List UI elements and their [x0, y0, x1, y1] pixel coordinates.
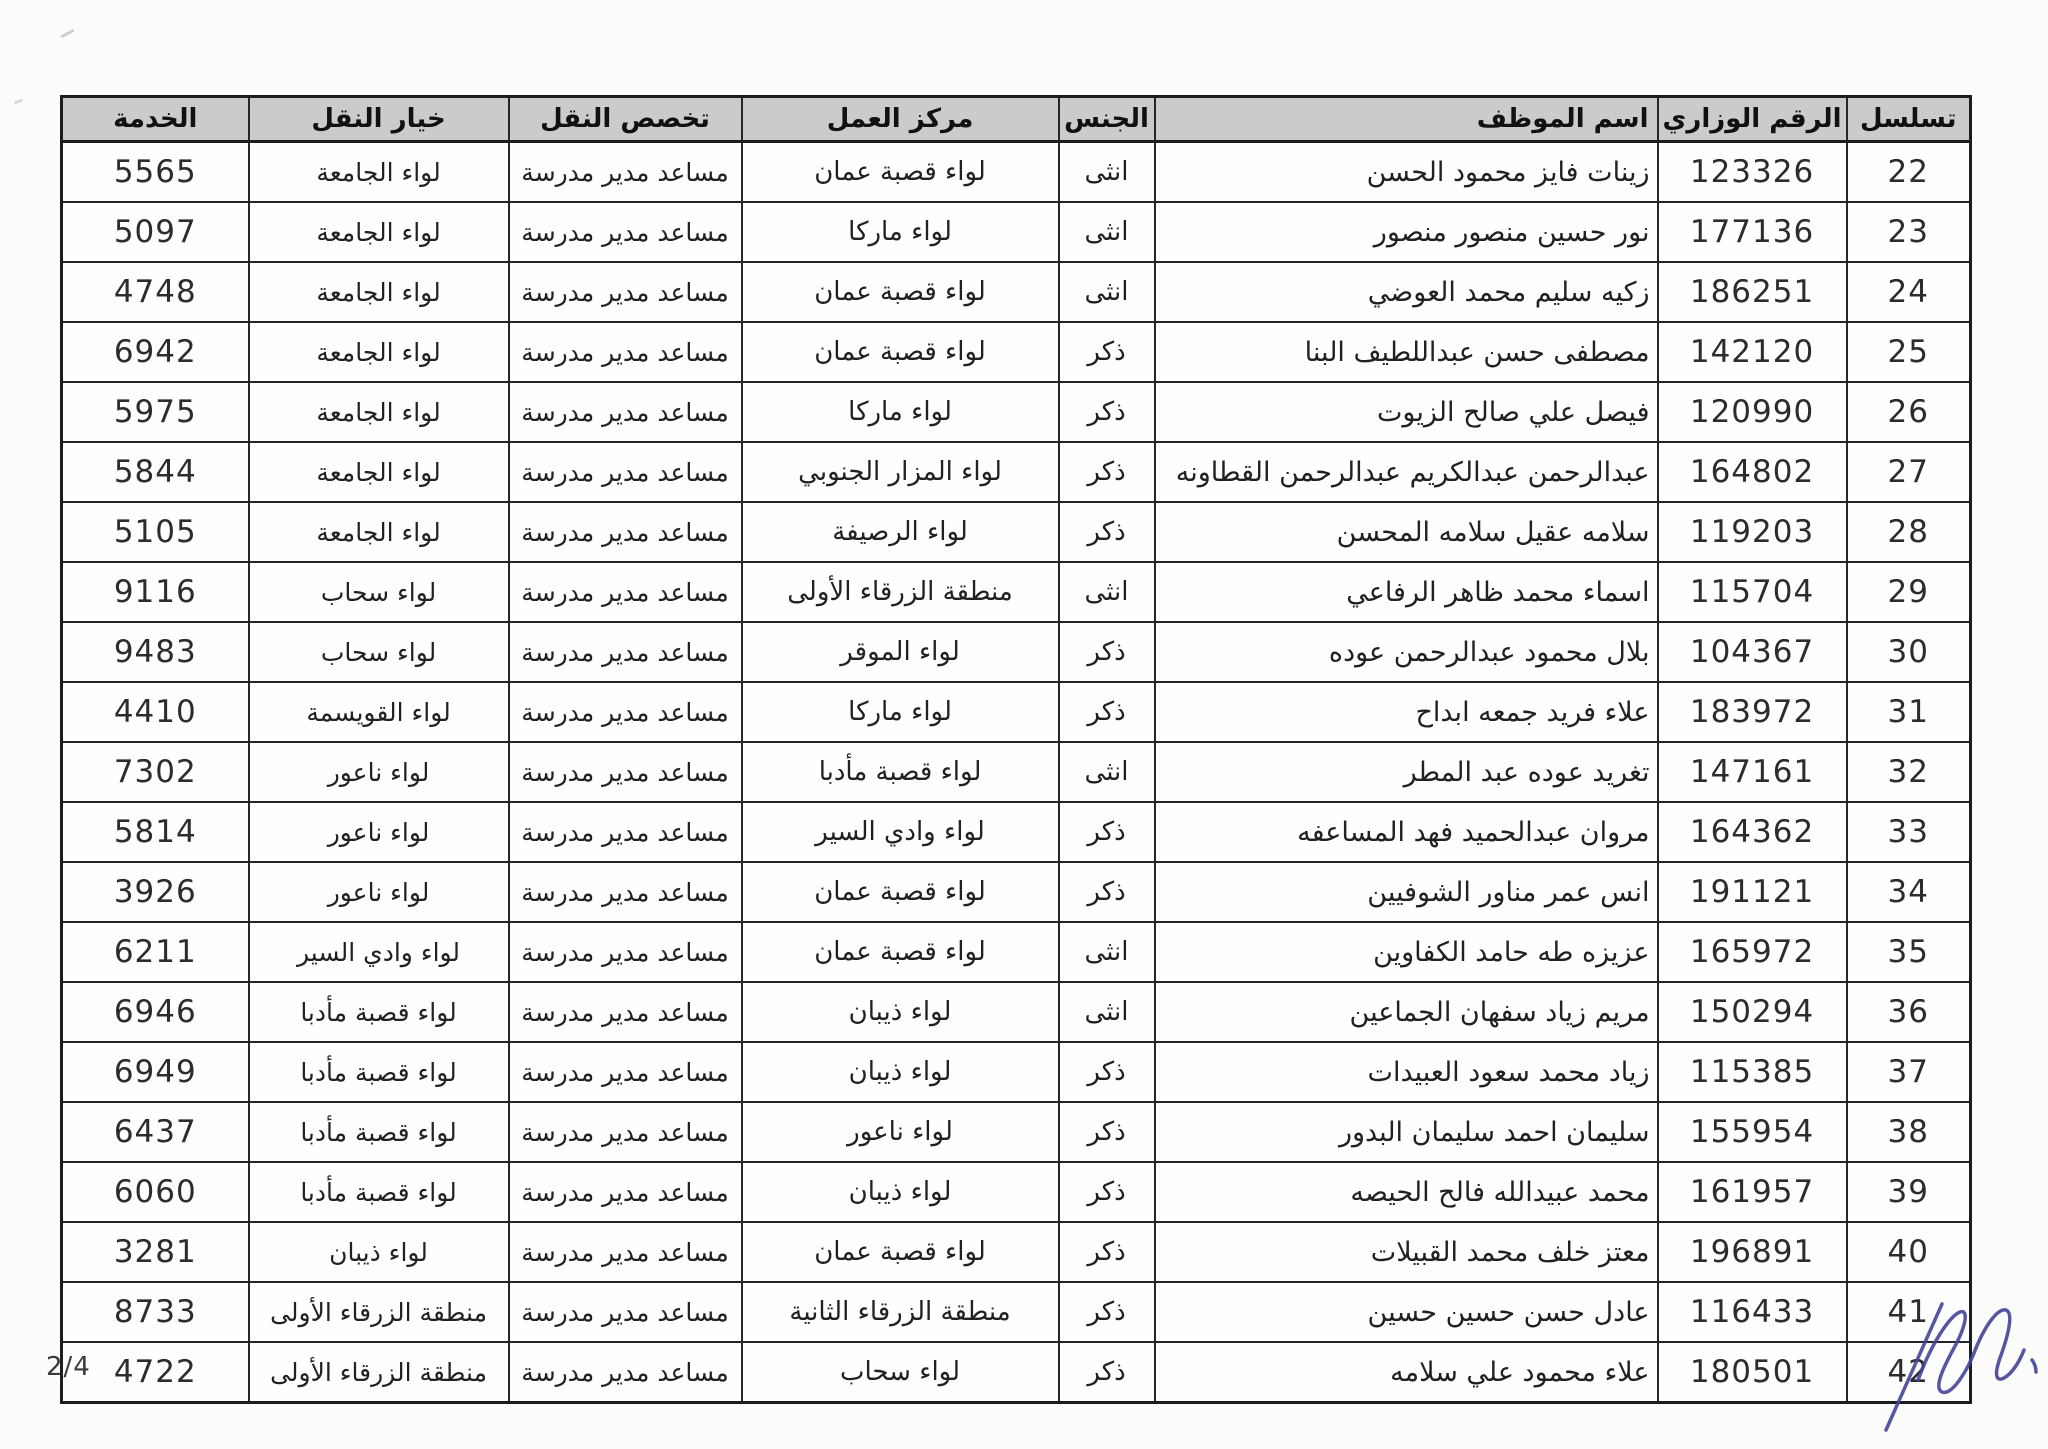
cell-employee-name: سلامه عقيل سلامه المحسن: [1155, 502, 1658, 562]
cell-gender: ذكر: [1059, 1042, 1155, 1102]
cell-work-center: لواء ذيبان: [742, 982, 1059, 1042]
header-serial: تسلسل: [1847, 97, 1971, 142]
cell-work-center: لواء ماركا: [742, 382, 1059, 442]
header-ministry-number: الرقم الوزاري: [1658, 97, 1847, 142]
cell-ministry-number: 120990: [1658, 382, 1847, 442]
cell-work-center: لواء ذيبان: [742, 1042, 1059, 1102]
cell-ministry-number: 155954: [1658, 1102, 1847, 1162]
cell-gender: انثى: [1059, 142, 1155, 203]
cell-serial: 27: [1847, 442, 1971, 502]
table-row: 38 155954 سليمان احمد سليمان البدور ذكر …: [62, 1102, 1971, 1162]
cell-ministry-number: 115704: [1658, 562, 1847, 622]
cell-transfer-specialization: مساعد مدير مدرسة: [509, 862, 742, 922]
cell-transfer-option: لواء قصبة مأدبا: [249, 1162, 509, 1222]
cell-transfer-specialization: مساعد مدير مدرسة: [509, 202, 742, 262]
table-row: 25 142120 مصطفى حسن عبداللطيف البنا ذكر …: [62, 322, 1971, 382]
cell-ministry-number: 164362: [1658, 802, 1847, 862]
cell-serial: 23: [1847, 202, 1971, 262]
cell-transfer-option: لواء قصبة مأدبا: [249, 982, 509, 1042]
cell-transfer-option: لواء ناعور: [249, 862, 509, 922]
table-row: 39 161957 محمد عبيدالله فالح الحيصه ذكر …: [62, 1162, 1971, 1222]
cell-serial: 22: [1847, 142, 1971, 203]
cell-work-center: لواء قصبة عمان: [742, 1222, 1059, 1282]
cell-service: 6211: [62, 922, 249, 982]
table-row: 41 116433 عادل حسن حسين حسين ذكر منطقة ا…: [62, 1282, 1971, 1342]
table-row: 31 183972 علاء فريد جمعه ابداح ذكر لواء …: [62, 682, 1971, 742]
cell-serial: 30: [1847, 622, 1971, 682]
cell-serial: 29: [1847, 562, 1971, 622]
cell-work-center: لواء الرصيفة: [742, 502, 1059, 562]
cell-transfer-option: لواء سحاب: [249, 562, 509, 622]
cell-ministry-number: 177136: [1658, 202, 1847, 262]
cell-gender: ذكر: [1059, 1222, 1155, 1282]
cell-gender: ذكر: [1059, 442, 1155, 502]
cell-transfer-specialization: مساعد مدير مدرسة: [509, 922, 742, 982]
cell-work-center: لواء سحاب: [742, 1342, 1059, 1403]
table-row: 24 186251 زكيه سليم محمد العوضي انثى لوا…: [62, 262, 1971, 322]
cell-transfer-option: لواء قصبة مأدبا: [249, 1042, 509, 1102]
cell-employee-name: عزيزه طه حامد الكفاوين: [1155, 922, 1658, 982]
cell-employee-name: عادل حسن حسين حسين: [1155, 1282, 1658, 1342]
cell-serial: 39: [1847, 1162, 1971, 1222]
cell-employee-name: نور حسين منصور منصور: [1155, 202, 1658, 262]
cell-work-center: لواء المزار الجنوبي: [742, 442, 1059, 502]
cell-gender: انثى: [1059, 742, 1155, 802]
cell-work-center: لواء الموقر: [742, 622, 1059, 682]
cell-service: 5975: [62, 382, 249, 442]
table-row: 27 164802 عبدالرحمن عبدالكريم عبدالرحمن …: [62, 442, 1971, 502]
cell-transfer-specialization: مساعد مدير مدرسة: [509, 1222, 742, 1282]
cell-service: 6060: [62, 1162, 249, 1222]
cell-ministry-number: 115385: [1658, 1042, 1847, 1102]
cell-service: 6942: [62, 322, 249, 382]
cell-serial: 28: [1847, 502, 1971, 562]
cell-work-center: لواء قصبة عمان: [742, 922, 1059, 982]
table-header: تسلسل الرقم الوزاري اسم الموظف الجنس مرك…: [62, 97, 1971, 142]
cell-transfer-specialization: مساعد مدير مدرسة: [509, 1042, 742, 1102]
cell-service: 9116: [62, 562, 249, 622]
cell-employee-name: عبدالرحمن عبدالكريم عبدالرحمن القطاونه: [1155, 442, 1658, 502]
cell-serial: 37: [1847, 1042, 1971, 1102]
table-row: 37 115385 زياد محمد سعود العبيدات ذكر لو…: [62, 1042, 1971, 1102]
cell-transfer-option: منطقة الزرقاء الأولى: [249, 1282, 509, 1342]
cell-transfer-specialization: مساعد مدير مدرسة: [509, 742, 742, 802]
cell-serial: 40: [1847, 1222, 1971, 1282]
cell-transfer-specialization: مساعد مدير مدرسة: [509, 442, 742, 502]
scan-artifact: [60, 29, 75, 39]
cell-service: 3926: [62, 862, 249, 922]
cell-gender: انثى: [1059, 262, 1155, 322]
cell-service: 5565: [62, 142, 249, 203]
cell-service: 5105: [62, 502, 249, 562]
cell-employee-name: مصطفى حسن عبداللطيف البنا: [1155, 322, 1658, 382]
cell-employee-name: علاء فريد جمعه ابداح: [1155, 682, 1658, 742]
cell-employee-name: بلال محمود عبدالرحمن عوده: [1155, 622, 1658, 682]
cell-employee-name: زكيه سليم محمد العوضي: [1155, 262, 1658, 322]
cell-work-center: لواء قصبة مأدبا: [742, 742, 1059, 802]
header-work-center: مركز العمل: [742, 97, 1059, 142]
cell-serial: 24: [1847, 262, 1971, 322]
cell-service: 5844: [62, 442, 249, 502]
cell-employee-name: مروان عبدالحميد فهد المساعفه: [1155, 802, 1658, 862]
cell-transfer-option: لواء الجامعة: [249, 202, 509, 262]
page-number: 2/4: [46, 1352, 91, 1382]
cell-transfer-option: لواء الجامعة: [249, 322, 509, 382]
cell-transfer-option: لواء ناعور: [249, 742, 509, 802]
cell-ministry-number: 150294: [1658, 982, 1847, 1042]
cell-service: 4748: [62, 262, 249, 322]
cell-ministry-number: 142120: [1658, 322, 1847, 382]
cell-serial: 35: [1847, 922, 1971, 982]
cell-ministry-number: 183972: [1658, 682, 1847, 742]
cell-work-center: لواء ذيبان: [742, 1162, 1059, 1222]
cell-ministry-number: 104367: [1658, 622, 1847, 682]
table-body: 22 123326 زينات فايز محمود الحسن انثى لو…: [62, 142, 1971, 1403]
cell-ministry-number: 164802: [1658, 442, 1847, 502]
cell-service: 3281: [62, 1222, 249, 1282]
cell-transfer-specialization: مساعد مدير مدرسة: [509, 682, 742, 742]
table-row: 26 120990 فيصل علي صالح الزيوت ذكر لواء …: [62, 382, 1971, 442]
table-row: 34 191121 انس عمر مناور الشوفيين ذكر لوا…: [62, 862, 1971, 922]
cell-service: 6437: [62, 1102, 249, 1162]
cell-gender: ذكر: [1059, 682, 1155, 742]
cell-service: 4410: [62, 682, 249, 742]
cell-gender: ذكر: [1059, 862, 1155, 922]
cell-service: 7302: [62, 742, 249, 802]
cell-work-center: لواء قصبة عمان: [742, 142, 1059, 203]
table-row: 40 196891 معتز خلف محمد القبيلات ذكر لوا…: [62, 1222, 1971, 1282]
cell-transfer-specialization: مساعد مدير مدرسة: [509, 382, 742, 442]
cell-employee-name: تغريد عوده عبد المطر: [1155, 742, 1658, 802]
table-row: 33 164362 مروان عبدالحميد فهد المساعفه ذ…: [62, 802, 1971, 862]
cell-gender: ذكر: [1059, 802, 1155, 862]
cell-service: 9483: [62, 622, 249, 682]
cell-ministry-number: 116433: [1658, 1282, 1847, 1342]
cell-work-center: منطقة الزرقاء الأولى: [742, 562, 1059, 622]
cell-gender: ذكر: [1059, 1162, 1155, 1222]
cell-work-center: لواء ماركا: [742, 682, 1059, 742]
cell-gender: ذكر: [1059, 502, 1155, 562]
cell-transfer-specialization: مساعد مدير مدرسة: [509, 982, 742, 1042]
cell-employee-name: زياد محمد سعود العبيدات: [1155, 1042, 1658, 1102]
header-transfer-specialization: تخصص النقل: [509, 97, 742, 142]
cell-ministry-number: 191121: [1658, 862, 1847, 922]
cell-gender: ذكر: [1059, 1342, 1155, 1403]
cell-transfer-option: لواء الجامعة: [249, 262, 509, 322]
cell-ministry-number: 161957: [1658, 1162, 1847, 1222]
cell-work-center: منطقة الزرقاء الثانية: [742, 1282, 1059, 1342]
cell-ministry-number: 147161: [1658, 742, 1847, 802]
cell-serial: 26: [1847, 382, 1971, 442]
cell-service: 5097: [62, 202, 249, 262]
cell-employee-name: انس عمر مناور الشوفيين: [1155, 862, 1658, 922]
cell-transfer-specialization: مساعد مدير مدرسة: [509, 622, 742, 682]
cell-employee-name: علاء محمود علي سلامه: [1155, 1342, 1658, 1403]
cell-transfer-option: منطقة الزرقاء الأولى: [249, 1342, 509, 1403]
cell-transfer-specialization: مساعد مدير مدرسة: [509, 802, 742, 862]
cell-transfer-option: لواء الجامعة: [249, 382, 509, 442]
table-row: 30 104367 بلال محمود عبدالرحمن عوده ذكر …: [62, 622, 1971, 682]
header-service: الخدمة: [62, 97, 249, 142]
cell-serial: 36: [1847, 982, 1971, 1042]
cell-work-center: لواء ناعور: [742, 1102, 1059, 1162]
cell-work-center: لواء قصبة عمان: [742, 862, 1059, 922]
cell-transfer-option: لواء ذيبان: [249, 1222, 509, 1282]
cell-employee-name: فيصل علي صالح الزيوت: [1155, 382, 1658, 442]
cell-transfer-specialization: مساعد مدير مدرسة: [509, 262, 742, 322]
cell-ministry-number: 180501: [1658, 1342, 1847, 1403]
cell-transfer-option: لواء وادي السير: [249, 922, 509, 982]
scan-artifact: [14, 99, 23, 105]
header-transfer-option: خيار النقل: [249, 97, 509, 142]
cell-transfer-option: لواء القويسمة: [249, 682, 509, 742]
cell-employee-name: مريم زياد سفهان الجماعين: [1155, 982, 1658, 1042]
table-row: 29 115704 اسماء محمد ظاهر الرفاعي انثى م…: [62, 562, 1971, 622]
cell-employee-name: سليمان احمد سليمان البدور: [1155, 1102, 1658, 1162]
cell-transfer-specialization: مساعد مدير مدرسة: [509, 1282, 742, 1342]
cell-transfer-option: لواء الجامعة: [249, 502, 509, 562]
cell-transfer-option: لواء ناعور: [249, 802, 509, 862]
cell-gender: انثى: [1059, 982, 1155, 1042]
cell-transfer-specialization: مساعد مدير مدرسة: [509, 322, 742, 382]
cell-gender: انثى: [1059, 922, 1155, 982]
table-row: 28 119203 سلامه عقيل سلامه المحسن ذكر لو…: [62, 502, 1971, 562]
table-row: 22 123326 زينات فايز محمود الحسن انثى لو…: [62, 142, 1971, 203]
cell-gender: ذكر: [1059, 622, 1155, 682]
cell-gender: انثى: [1059, 562, 1155, 622]
table-row: 42 180501 علاء محمود علي سلامه ذكر لواء …: [62, 1342, 1971, 1403]
cell-transfer-specialization: مساعد مدير مدرسة: [509, 1342, 742, 1403]
cell-employee-name: معتز خلف محمد القبيلات: [1155, 1222, 1658, 1282]
cell-ministry-number: 165972: [1658, 922, 1847, 982]
cell-service: 5814: [62, 802, 249, 862]
cell-employee-name: زينات فايز محمود الحسن: [1155, 142, 1658, 203]
cell-ministry-number: 123326: [1658, 142, 1847, 203]
cell-transfer-specialization: مساعد مدير مدرسة: [509, 142, 742, 203]
cell-service: 6946: [62, 982, 249, 1042]
table-row: 35 165972 عزيزه طه حامد الكفاوين انثى لو…: [62, 922, 1971, 982]
cell-service: 8733: [62, 1282, 249, 1342]
cell-gender: ذكر: [1059, 322, 1155, 382]
cell-serial: 38: [1847, 1102, 1971, 1162]
cell-work-center: لواء قصبة عمان: [742, 262, 1059, 322]
cell-transfer-specialization: مساعد مدير مدرسة: [509, 1102, 742, 1162]
cell-gender: انثى: [1059, 202, 1155, 262]
cell-gender: ذكر: [1059, 382, 1155, 442]
header-employee-name: اسم الموظف: [1155, 97, 1658, 142]
signature-ink: [1872, 1282, 2048, 1442]
cell-transfer-option: لواء سحاب: [249, 622, 509, 682]
employee-transfer-table: تسلسل الرقم الوزاري اسم الموظف الجنس مرك…: [60, 95, 1972, 1404]
cell-transfer-option: لواء قصبة مأدبا: [249, 1102, 509, 1162]
cell-serial: 34: [1847, 862, 1971, 922]
cell-serial: 31: [1847, 682, 1971, 742]
table-row: 23 177136 نور حسين منصور منصور انثى لواء…: [62, 202, 1971, 262]
cell-gender: ذكر: [1059, 1102, 1155, 1162]
table-row: 32 147161 تغريد عوده عبد المطر انثى لواء…: [62, 742, 1971, 802]
cell-ministry-number: 119203: [1658, 502, 1847, 562]
cell-service: 6949: [62, 1042, 249, 1102]
cell-serial: 33: [1847, 802, 1971, 862]
table-row: 36 150294 مريم زياد سفهان الجماعين انثى …: [62, 982, 1971, 1042]
cell-work-center: لواء قصبة عمان: [742, 322, 1059, 382]
cell-transfer-specialization: مساعد مدير مدرسة: [509, 502, 742, 562]
cell-gender: ذكر: [1059, 1282, 1155, 1342]
cell-transfer-specialization: مساعد مدير مدرسة: [509, 1162, 742, 1222]
cell-transfer-option: لواء الجامعة: [249, 142, 509, 203]
cell-employee-name: محمد عبيدالله فالح الحيصه: [1155, 1162, 1658, 1222]
cell-transfer-option: لواء الجامعة: [249, 442, 509, 502]
cell-ministry-number: 196891: [1658, 1222, 1847, 1282]
cell-transfer-specialization: مساعد مدير مدرسة: [509, 562, 742, 622]
header-gender: الجنس: [1059, 97, 1155, 142]
cell-ministry-number: 186251: [1658, 262, 1847, 322]
cell-serial: 32: [1847, 742, 1971, 802]
cell-serial: 25: [1847, 322, 1971, 382]
cell-work-center: لواء ماركا: [742, 202, 1059, 262]
cell-work-center: لواء وادي السير: [742, 802, 1059, 862]
cell-employee-name: اسماء محمد ظاهر الرفاعي: [1155, 562, 1658, 622]
